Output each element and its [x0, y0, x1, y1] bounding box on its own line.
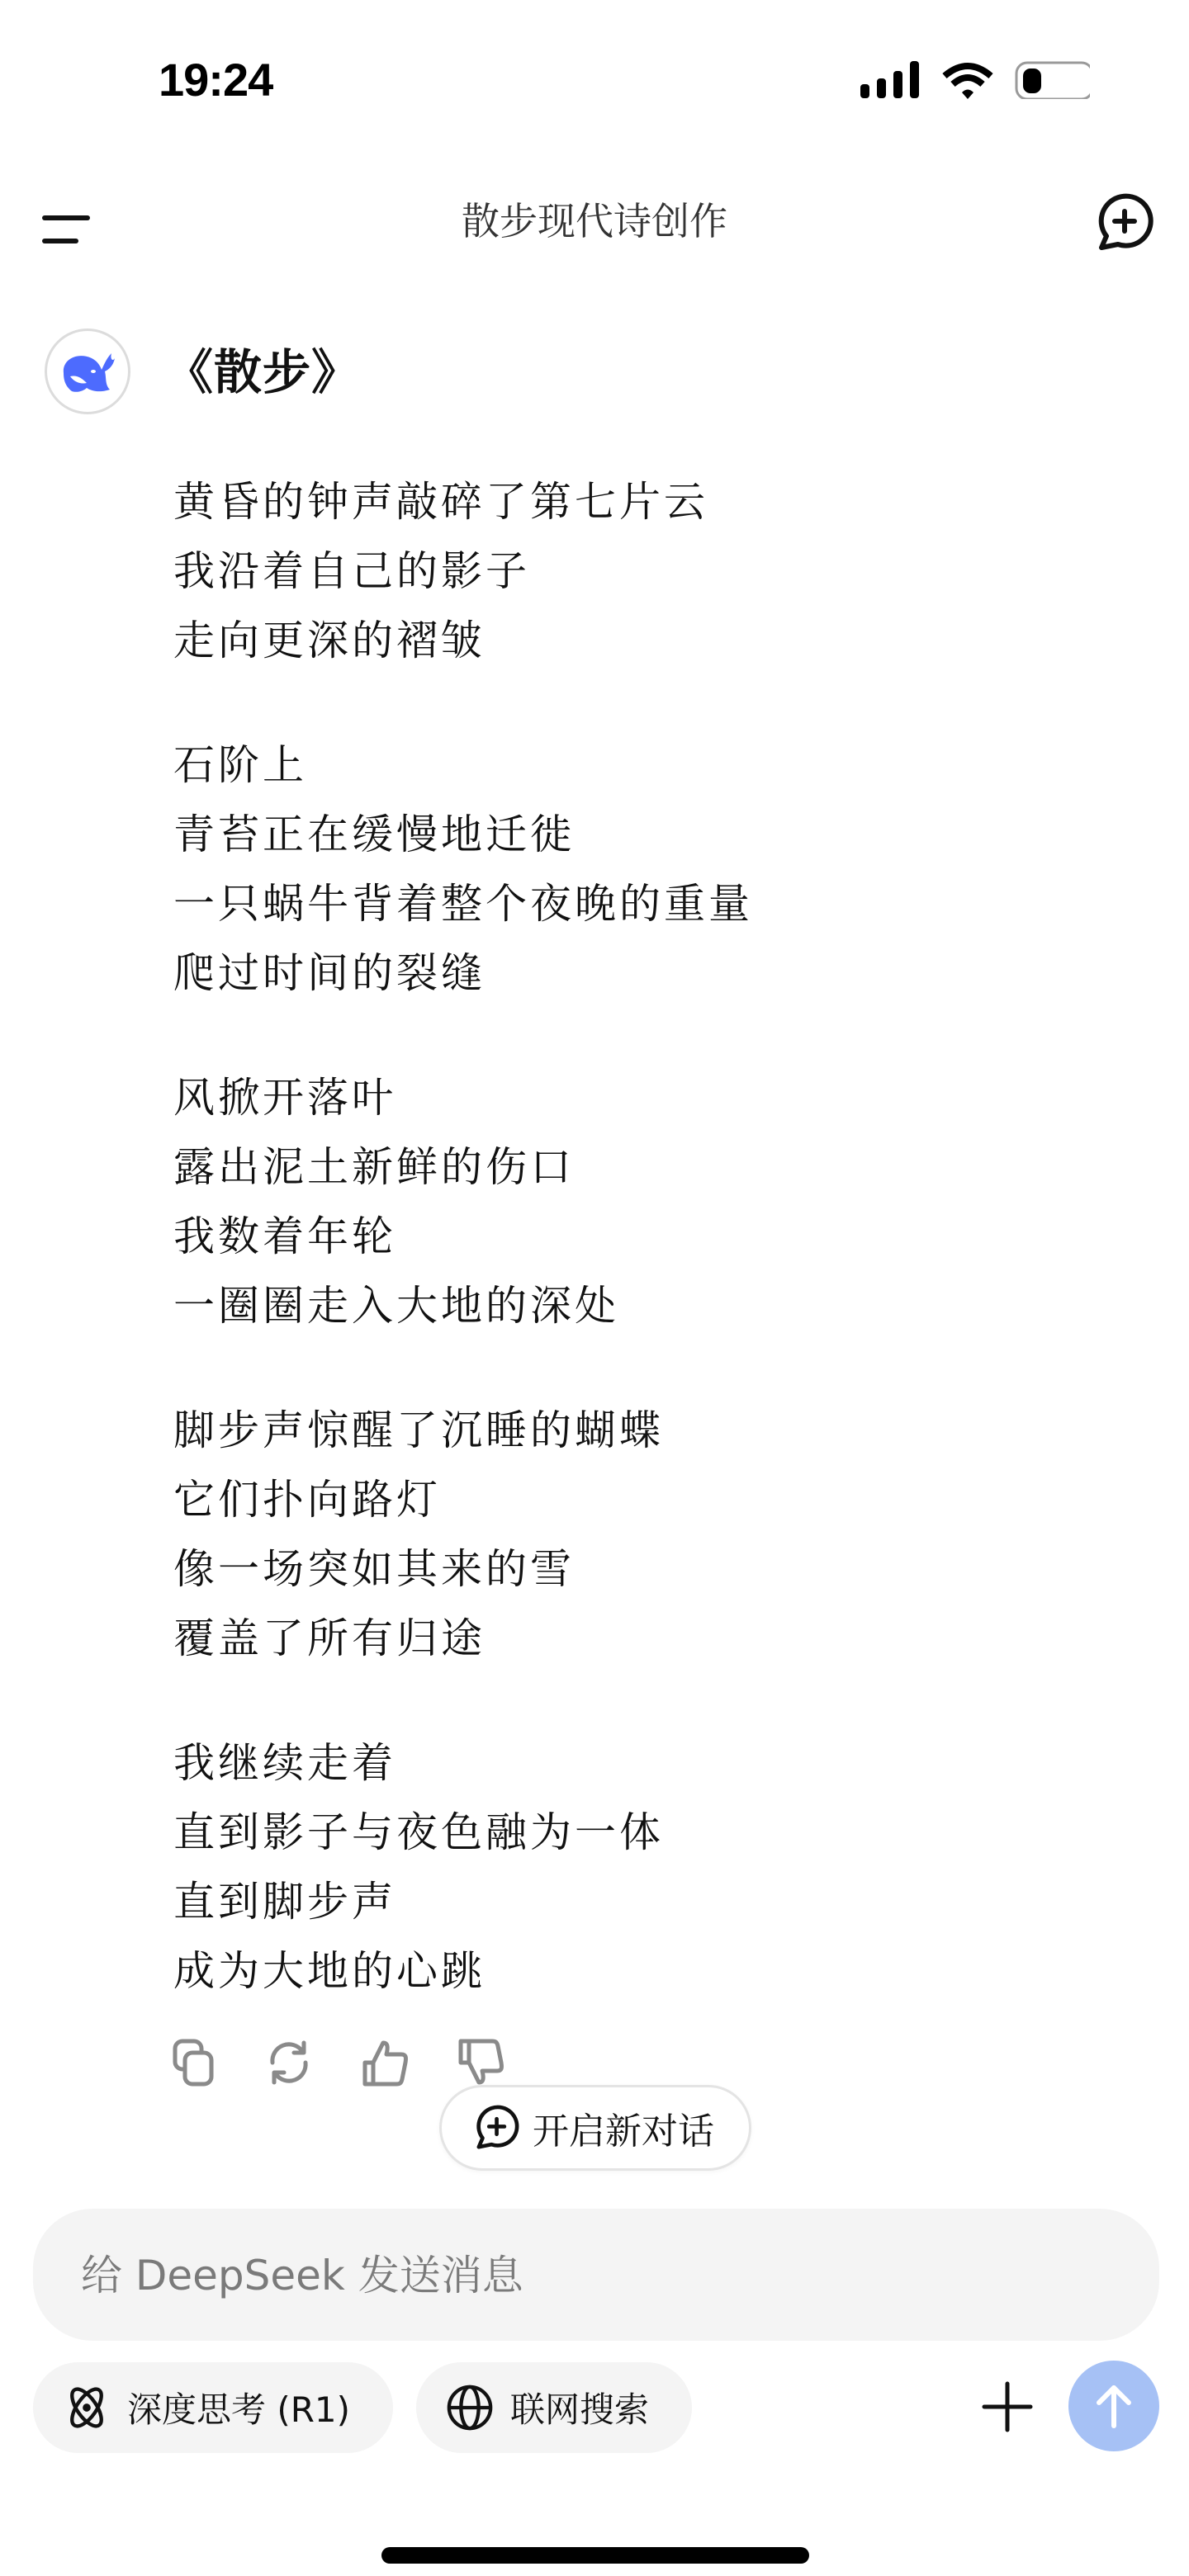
thumbs-up-icon [360, 2038, 410, 2087]
copy-icon [168, 2038, 218, 2087]
message-input-box[interactable] [33, 2209, 1159, 2341]
web-search-toggle[interactable]: 联网搜索 [416, 2362, 692, 2453]
poem-line: 我沿着自己的影子 [173, 536, 1082, 606]
poem-line: 石阶上 [173, 730, 1082, 800]
deepseek-whale-logo-icon [59, 348, 116, 395]
status-time: 19:24 [159, 53, 272, 106]
thumbs-down-button[interactable] [456, 2035, 505, 2090]
poem-line: 露出泥土新鲜的伤口 [173, 1132, 1082, 1202]
poem-line: 黄昏的钟声敲碎了第七片云 [173, 467, 1082, 536]
poem-line: 我数着年轮 [173, 1202, 1082, 1271]
message-input[interactable] [79, 2209, 1115, 2342]
plus-icon [981, 2380, 1034, 2433]
poem-line: 一圈圈走入大地的深处 [173, 1271, 1082, 1340]
deep-think-toggle[interactable]: 深度思考 (R1) [33, 2362, 393, 2453]
poem-title: 《散步》 [165, 333, 360, 403]
new-chat-bubble-plus-icon [470, 2102, 521, 2153]
new-chat-pill-button[interactable]: 开启新对话 [439, 2085, 751, 2171]
poem-line: 走向更深的褶皱 [173, 606, 1082, 675]
poem-line: 青苔正在缓慢地迁徙 [173, 800, 1082, 869]
poem-line: 覆盖了所有归途 [173, 1604, 1082, 1673]
poem-line: 一只蜗牛背着整个夜晚的重量 [173, 869, 1082, 938]
thumbs-up-button[interactable] [360, 2035, 410, 2090]
regenerate-icon [264, 2038, 314, 2087]
deep-think-label: 深度思考 (R1) [127, 2383, 350, 2432]
battery-low-icon [1016, 63, 1090, 99]
page-title: 散步现代诗创作 [0, 191, 1189, 246]
new-chat-button[interactable] [1090, 190, 1156, 256]
wifi-icon [945, 66, 991, 99]
regenerate-button[interactable] [264, 2035, 314, 2090]
poem-body: 黄昏的钟声敲碎了第七片云 我沿着自己的影子 走向更深的褶皱 石阶上 青苔正在缓慢… [173, 467, 1082, 2061]
globe-icon [446, 2384, 494, 2432]
poem-line: 脚步声惊醒了沉睡的蝴蝶 [173, 1396, 1082, 1465]
poem-line: 风掀开落叶 [173, 1063, 1082, 1132]
thumbs-down-icon [456, 2038, 505, 2087]
new-chat-bubble-plus-icon [1090, 190, 1156, 256]
new-chat-label: 开启新对话 [533, 2101, 714, 2154]
poem-line: 直到影子与夜色融为一体 [173, 1798, 1082, 1867]
poem-line: 爬过时间的裂缝 [173, 938, 1082, 1008]
cellular-signal-icon [860, 61, 919, 98]
stanza: 脚步声惊醒了沉睡的蝴蝶 它们扑向路灯 像一场突如其来的雪 覆盖了所有归途 [173, 1396, 1082, 1673]
stanza: 我继续走着 直到影子与夜色融为一体 直到脚步声 成为大地的心跳 [173, 1728, 1082, 2006]
status-icons [842, 58, 1090, 99]
send-button[interactable] [1068, 2361, 1159, 2451]
poem-line: 成为大地的心跳 [173, 1936, 1082, 2006]
poem-line: 直到脚步声 [173, 1867, 1082, 1936]
stanza: 风掀开落叶 露出泥土新鲜的伤口 我数着年轮 一圈圈走入大地的深处 [173, 1063, 1082, 1340]
atom-icon [63, 2384, 111, 2432]
arrow-up-icon [1089, 2381, 1139, 2431]
message-actions [168, 2035, 505, 2093]
stanza: 石阶上 青苔正在缓慢地迁徙 一只蜗牛背着整个夜晚的重量 爬过时间的裂缝 [173, 730, 1082, 1008]
home-indicator[interactable] [381, 2547, 809, 2564]
poem-line: 它们扑向路灯 [173, 1465, 1082, 1534]
poem-line: 我继续走着 [173, 1728, 1082, 1798]
avatar [45, 328, 130, 414]
poem-line: 像一场突如其来的雪 [173, 1534, 1082, 1604]
web-search-label: 联网搜索 [510, 2383, 649, 2432]
attach-button[interactable] [974, 2374, 1040, 2440]
copy-button[interactable] [168, 2035, 218, 2090]
stanza: 黄昏的钟声敲碎了第七片云 我沿着自己的影子 走向更深的褶皱 [173, 467, 1082, 675]
